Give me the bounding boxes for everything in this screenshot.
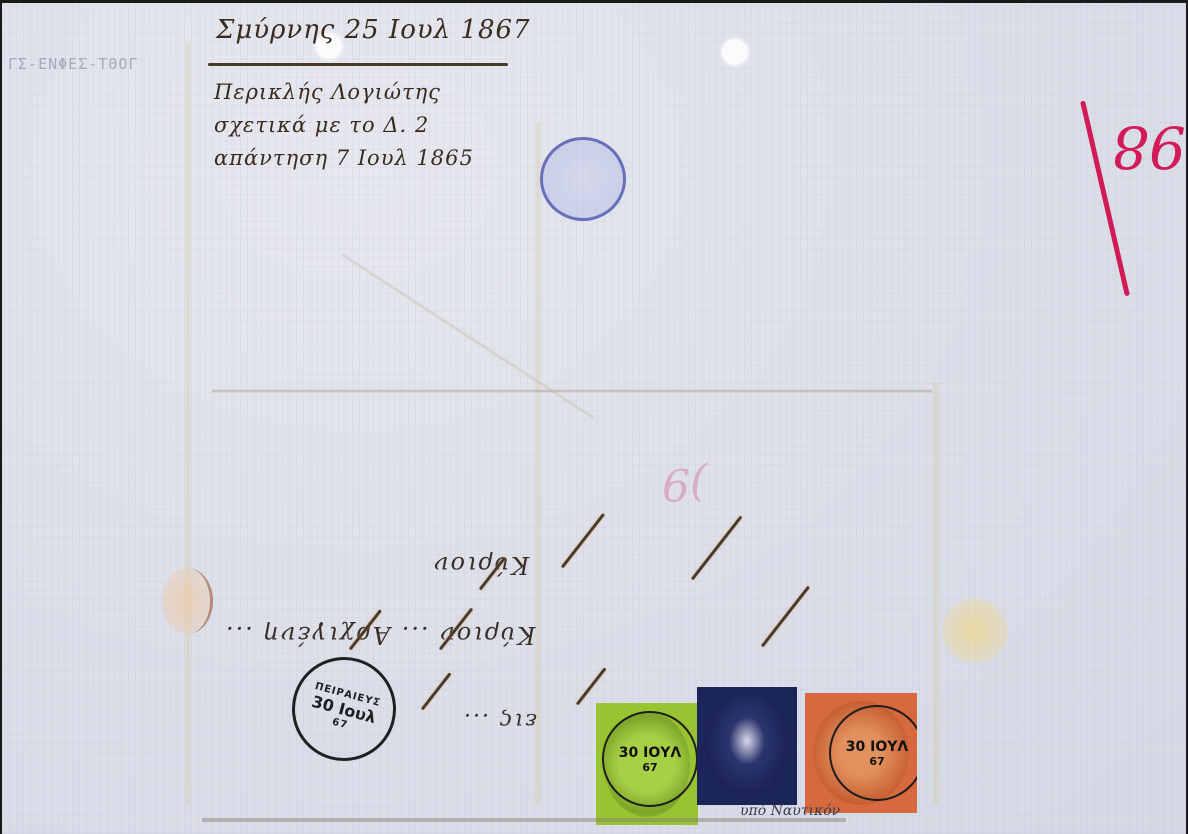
- faint-transfer-text: ΓΣ-ΕΝΦΕΣ-ΤΘΟΓ: [8, 55, 138, 73]
- envelope-bottom-edge: [202, 818, 846, 822]
- address-line-2: Κύριον ... Αρχιγένη ...: [224, 621, 535, 649]
- docket-line-4: απάντηση 7 Ιουλ 1865: [208, 146, 538, 179]
- docket-line-1: Σμύρνης 25 Ιουλ 1867: [208, 15, 538, 59]
- wax-seal-residue-left: [162, 568, 213, 634]
- cancel-year: 67: [642, 761, 657, 774]
- red-crayon-number: 98: [1112, 113, 1186, 181]
- handwritten-notation-under-stamps: υπό Ναυτικόν: [740, 803, 840, 819]
- docket-underline: [208, 63, 508, 66]
- stamp-orange-hermes-head: 30 ΙΟΥΛ 67: [805, 693, 917, 813]
- stamp-cancellation: 30 ΙΟΥΛ 67: [602, 711, 698, 807]
- stamp-blue-hermes-head: [697, 687, 797, 805]
- docket-line-2: Περικλής Λογιώτης: [208, 80, 538, 113]
- blue-seal-mark: [540, 137, 626, 221]
- cancel-date: 30 ΙΟΥΛ: [846, 739, 908, 755]
- paper-background: [2, 3, 1186, 834]
- cancel-date: 30 ΙΟΥΛ: [619, 745, 681, 761]
- docket-line-3: σχετικά με το Δ. 2: [208, 113, 538, 146]
- fold-line-right: [932, 383, 940, 804]
- cancel-year: 67: [869, 755, 884, 768]
- stamp-green-hermes-head: 30 ΙΟΥΛ 67: [596, 703, 698, 825]
- address-line-3: εις ...: [462, 708, 537, 733]
- scanned-envelope: ΓΣ-ΕΝΦΕΣ-ΤΘΟΓ Σμύρνης 25 Ιουλ 1867 Περικ…: [0, 0, 1188, 834]
- docket-notation: Σμύρνης 25 Ιουλ 1867 Περικλής Λογιώτης σ…: [208, 15, 538, 179]
- fold-line-left: [184, 43, 192, 804]
- stamp-cancellation: 30 ΙΟΥΛ 67: [829, 705, 917, 801]
- wax-seal-residue-right: [942, 599, 1008, 663]
- stamp-portrait: [705, 695, 789, 797]
- fold-line-horizontal: [212, 389, 932, 393]
- address-line-1: Κύριον: [432, 551, 529, 579]
- punch-hole-right: [722, 39, 748, 65]
- pink-faint-mark: )9: [662, 458, 707, 509]
- fold-line-center: [534, 123, 542, 804]
